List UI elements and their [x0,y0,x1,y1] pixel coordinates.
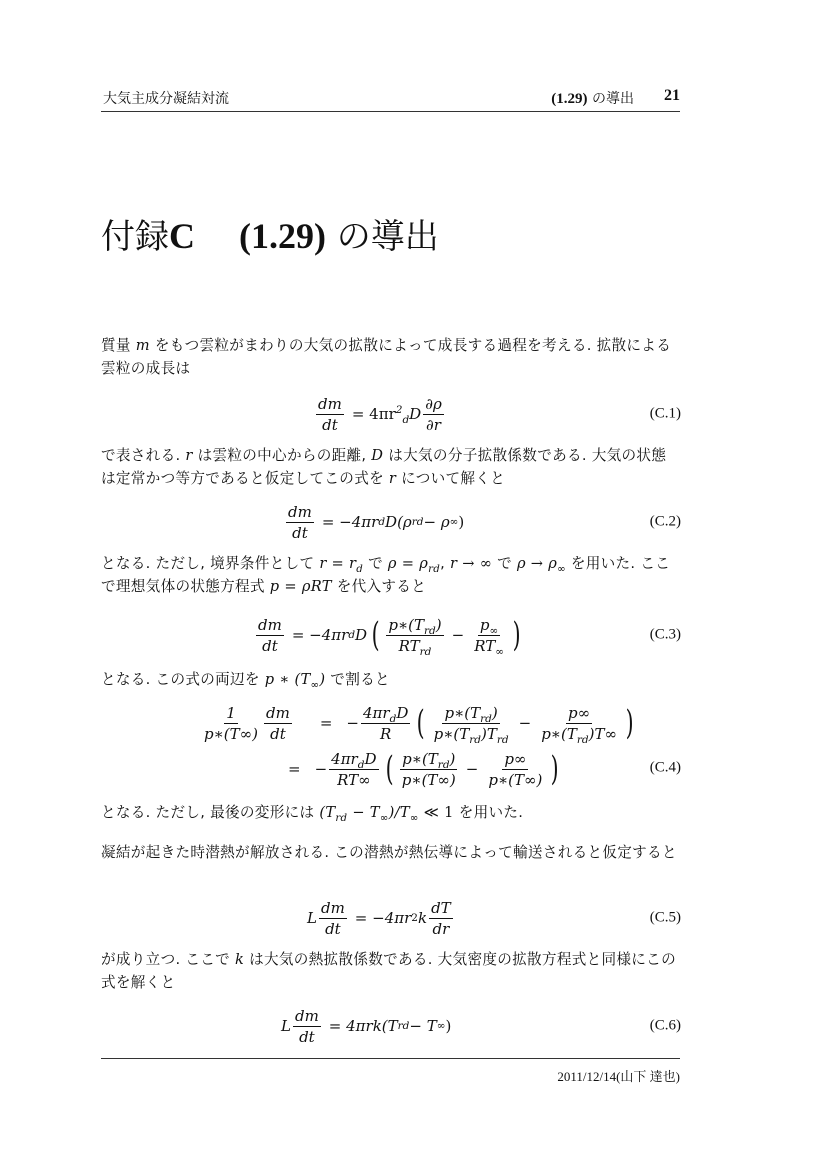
frac-num: ∂ρ [423,394,444,415]
minus: − [466,760,479,778]
paragraph-6: 凝結が起きた時潜熱が解放される. この潜熱が熱伝導によって輸送されると仮定すると [101,841,681,864]
num: ) [450,750,456,768]
den: RT [474,637,495,655]
num: D [396,704,408,722]
text: , [440,555,450,572]
sub: rd [420,646,432,658]
den: )T [481,725,497,743]
equation-number: (C.3) [650,627,681,644]
math: p ∗ (T [265,671,311,688]
sub: ∞ [410,813,419,824]
equation-number: (C.4) [650,760,681,777]
text: で [492,555,517,572]
math: (T [319,804,335,821]
chapter-title: 付録C(1.29) の導出 [101,214,439,259]
sub: ∞ [495,646,504,658]
L: L [281,1017,291,1035]
header-section-number: (1.29) [551,91,587,107]
math: ≪ 1 [419,804,454,821]
den: RT [399,637,420,655]
num: dm [264,703,292,724]
text: で割ると [325,671,390,688]
equation-c5: L dmdt = −4πr2k dTdr (C.5) [101,894,681,942]
text: で [363,555,388,572]
num: dm [319,898,347,919]
equation-c4: 1p∗(T∞) dmdt = − 4πrdDR ( p∗(Trd)p∗(Trd)… [101,700,681,792]
header-title: 大気主成分凝結対流 [103,88,229,108]
footer-rule [101,1058,680,1059]
equation-number: (C.6) [650,1018,681,1035]
paragraph-1: 質量 m をもつ雲粒がまわりの大気の拡散によって成長する過程を考える. 拡散によ… [101,334,681,380]
right-paren: ) [551,752,559,786]
den: p∗(T∞) [202,724,260,744]
equation-c4-row-2: = − 4πrdDRT∞ ( p∗(Trd)p∗(T∞) − p∞p∗(T∞) … [288,746,564,792]
den: R [378,724,393,744]
num: ) [492,704,498,722]
left-paren: ( [385,752,393,786]
paragraph-7: が成り立つ. ここで k は大気の熱拡散係数である. 大気密度の拡散方程式と同様… [101,948,681,994]
math: r = r [319,555,356,572]
equation-number: (C.2) [650,514,681,531]
chapter-title-text: の導出 [326,217,439,257]
minus: − [519,714,532,732]
header-section-text: の導出 [588,91,634,107]
document-page: 大気主成分凝結対流 (1.29) の導出 21 付録C(1.29) の導出 質量… [0,0,826,1169]
text: で表される. [101,447,185,464]
paragraph-4: となる. この式の両辺を p ∗ (T∞) で割ると [101,668,681,691]
den: dr [430,919,451,939]
minus: − [452,626,465,644]
den: p∗(T [434,725,470,743]
L: L [307,909,317,927]
num: dT [429,898,453,919]
sub: rd [497,734,509,746]
left-paren: ( [417,706,425,740]
equation-number: (C.5) [650,910,681,927]
sub: rd [469,734,481,746]
minus: − [315,760,328,778]
rhs: = 4πrk(T [329,1017,398,1035]
math: ρ → ρ [517,555,557,572]
text: が成り立つ. ここで [101,951,235,968]
num: p∗(T [402,750,438,768]
math: r [185,447,192,464]
footer-date-author: 2011/12/14(山下 達也) [557,1066,680,1085]
paragraph-5: となる. ただし, 最後の変形には (Trd − T∞)/T∞ ≪ 1 を用いた… [101,801,681,824]
num: p∗(T [444,704,480,722]
chapter-ref: (1.29) [239,216,326,256]
den: dt [297,1027,317,1047]
num: p∞ [502,749,528,770]
equals: = [288,760,301,778]
equation-c6: L dmdt = 4πrk(Trd − T∞) (C.6) [101,1002,681,1050]
den: RT∞ [335,770,373,790]
den: )T∞ [589,725,617,743]
den: p∗(T [541,725,577,743]
frac-num: dm [286,502,314,523]
D: D [355,626,367,644]
text: となる. この式の両辺を [101,671,265,688]
math: p = ρRT [270,578,332,595]
equation-c3: dmdt = −4πrdD ( p∗(Trd)RTrd − p∞RT∞ ) (C… [101,606,681,664]
frac-num: dm [316,394,344,415]
text: について解くと [396,470,505,487]
equals: = [320,714,333,732]
rhs: = −4πr [292,626,348,644]
rhs: − ρ [424,513,450,531]
header-rule [101,111,680,112]
paragraph-2: で表される. r は雲粒の中心からの距離, D は大気の分子拡散係数である. 大… [101,444,681,490]
frac-num: dm [256,615,284,636]
math: ρ = ρ [388,555,428,572]
num: D [364,750,376,768]
equation-c4-row-1: 1p∗(T∞) dmdt = − 4πrdDR ( p∗(Trd)p∗(Trd)… [200,700,638,746]
num: p∗(T [388,616,424,634]
chapter-label: 付録 [101,217,169,257]
rhs: ) [458,513,464,531]
num: ) [436,616,442,634]
text: となる. ただし, 最後の変形には [101,804,319,821]
sub: d [402,414,409,426]
D: D [409,405,421,423]
num: 4πr [363,704,390,722]
num: p∞ [566,703,592,724]
header-section: (1.29) の導出 [551,88,634,108]
den: p∗(T∞) [486,770,544,790]
running-header: 大気主成分凝結対流 (1.29) の導出 21 [103,88,680,112]
math: r → ∞ [450,555,492,572]
text: をもつ雲粒がまわりの大気の拡散によって成長する過程を考える. 拡散による雲粒の成… [101,337,671,377]
frac-den: ∂r [424,415,443,435]
frac-den: dt [260,636,280,656]
k: k [418,909,427,927]
rhs: D(ρ [385,513,412,531]
math: − T [347,804,379,821]
right-paren: ) [513,618,521,652]
num: 4πr [331,750,358,768]
text: となる. ただし, 境界条件として [101,555,319,572]
page-number: 21 [664,87,680,105]
rhs: = −4πr [355,909,411,927]
sub: rd [335,813,347,824]
num: 1 [224,703,238,724]
text: を代入すると [332,578,426,595]
den: dt [323,919,343,939]
right-paren: ) [626,706,634,740]
equation-c1: dmdt = 4πr2dD ∂ρ∂r (C.1) [101,390,681,438]
frac-den: dt [320,415,340,435]
sub: ∞ [557,564,566,575]
den: p∗(T∞) [400,770,458,790]
sub: rd [428,564,440,575]
sub: rd [577,734,589,746]
equation-c2: dmdt = −4πrdD(ρrd − ρ∞) (C.2) [101,498,681,546]
rhs: = −4πr [322,513,378,531]
num: dm [293,1006,321,1027]
math: k [235,951,244,968]
left-paren: ( [372,618,380,652]
paragraph-3: となる. ただし, 境界条件として r = rd で ρ = ρrd, r → … [101,552,681,598]
text: 質量 [101,337,136,354]
minus: − [346,714,359,732]
den: dt [268,724,288,744]
num: p [480,616,490,634]
text: を用いた. [454,804,523,821]
rhs: ) [446,1017,452,1035]
rhs: − T [409,1017,436,1035]
frac-den: dt [290,523,310,543]
math-m: m [136,337,150,354]
equation-number: (C.1) [650,406,681,423]
rhs: = 4πr [352,405,396,423]
math: )/T [389,804,410,821]
chapter-letter: C [169,216,195,256]
text: は雲粒の中心からの距離, [193,447,372,464]
math: D [371,447,383,464]
sub: ∞ [380,813,389,824]
